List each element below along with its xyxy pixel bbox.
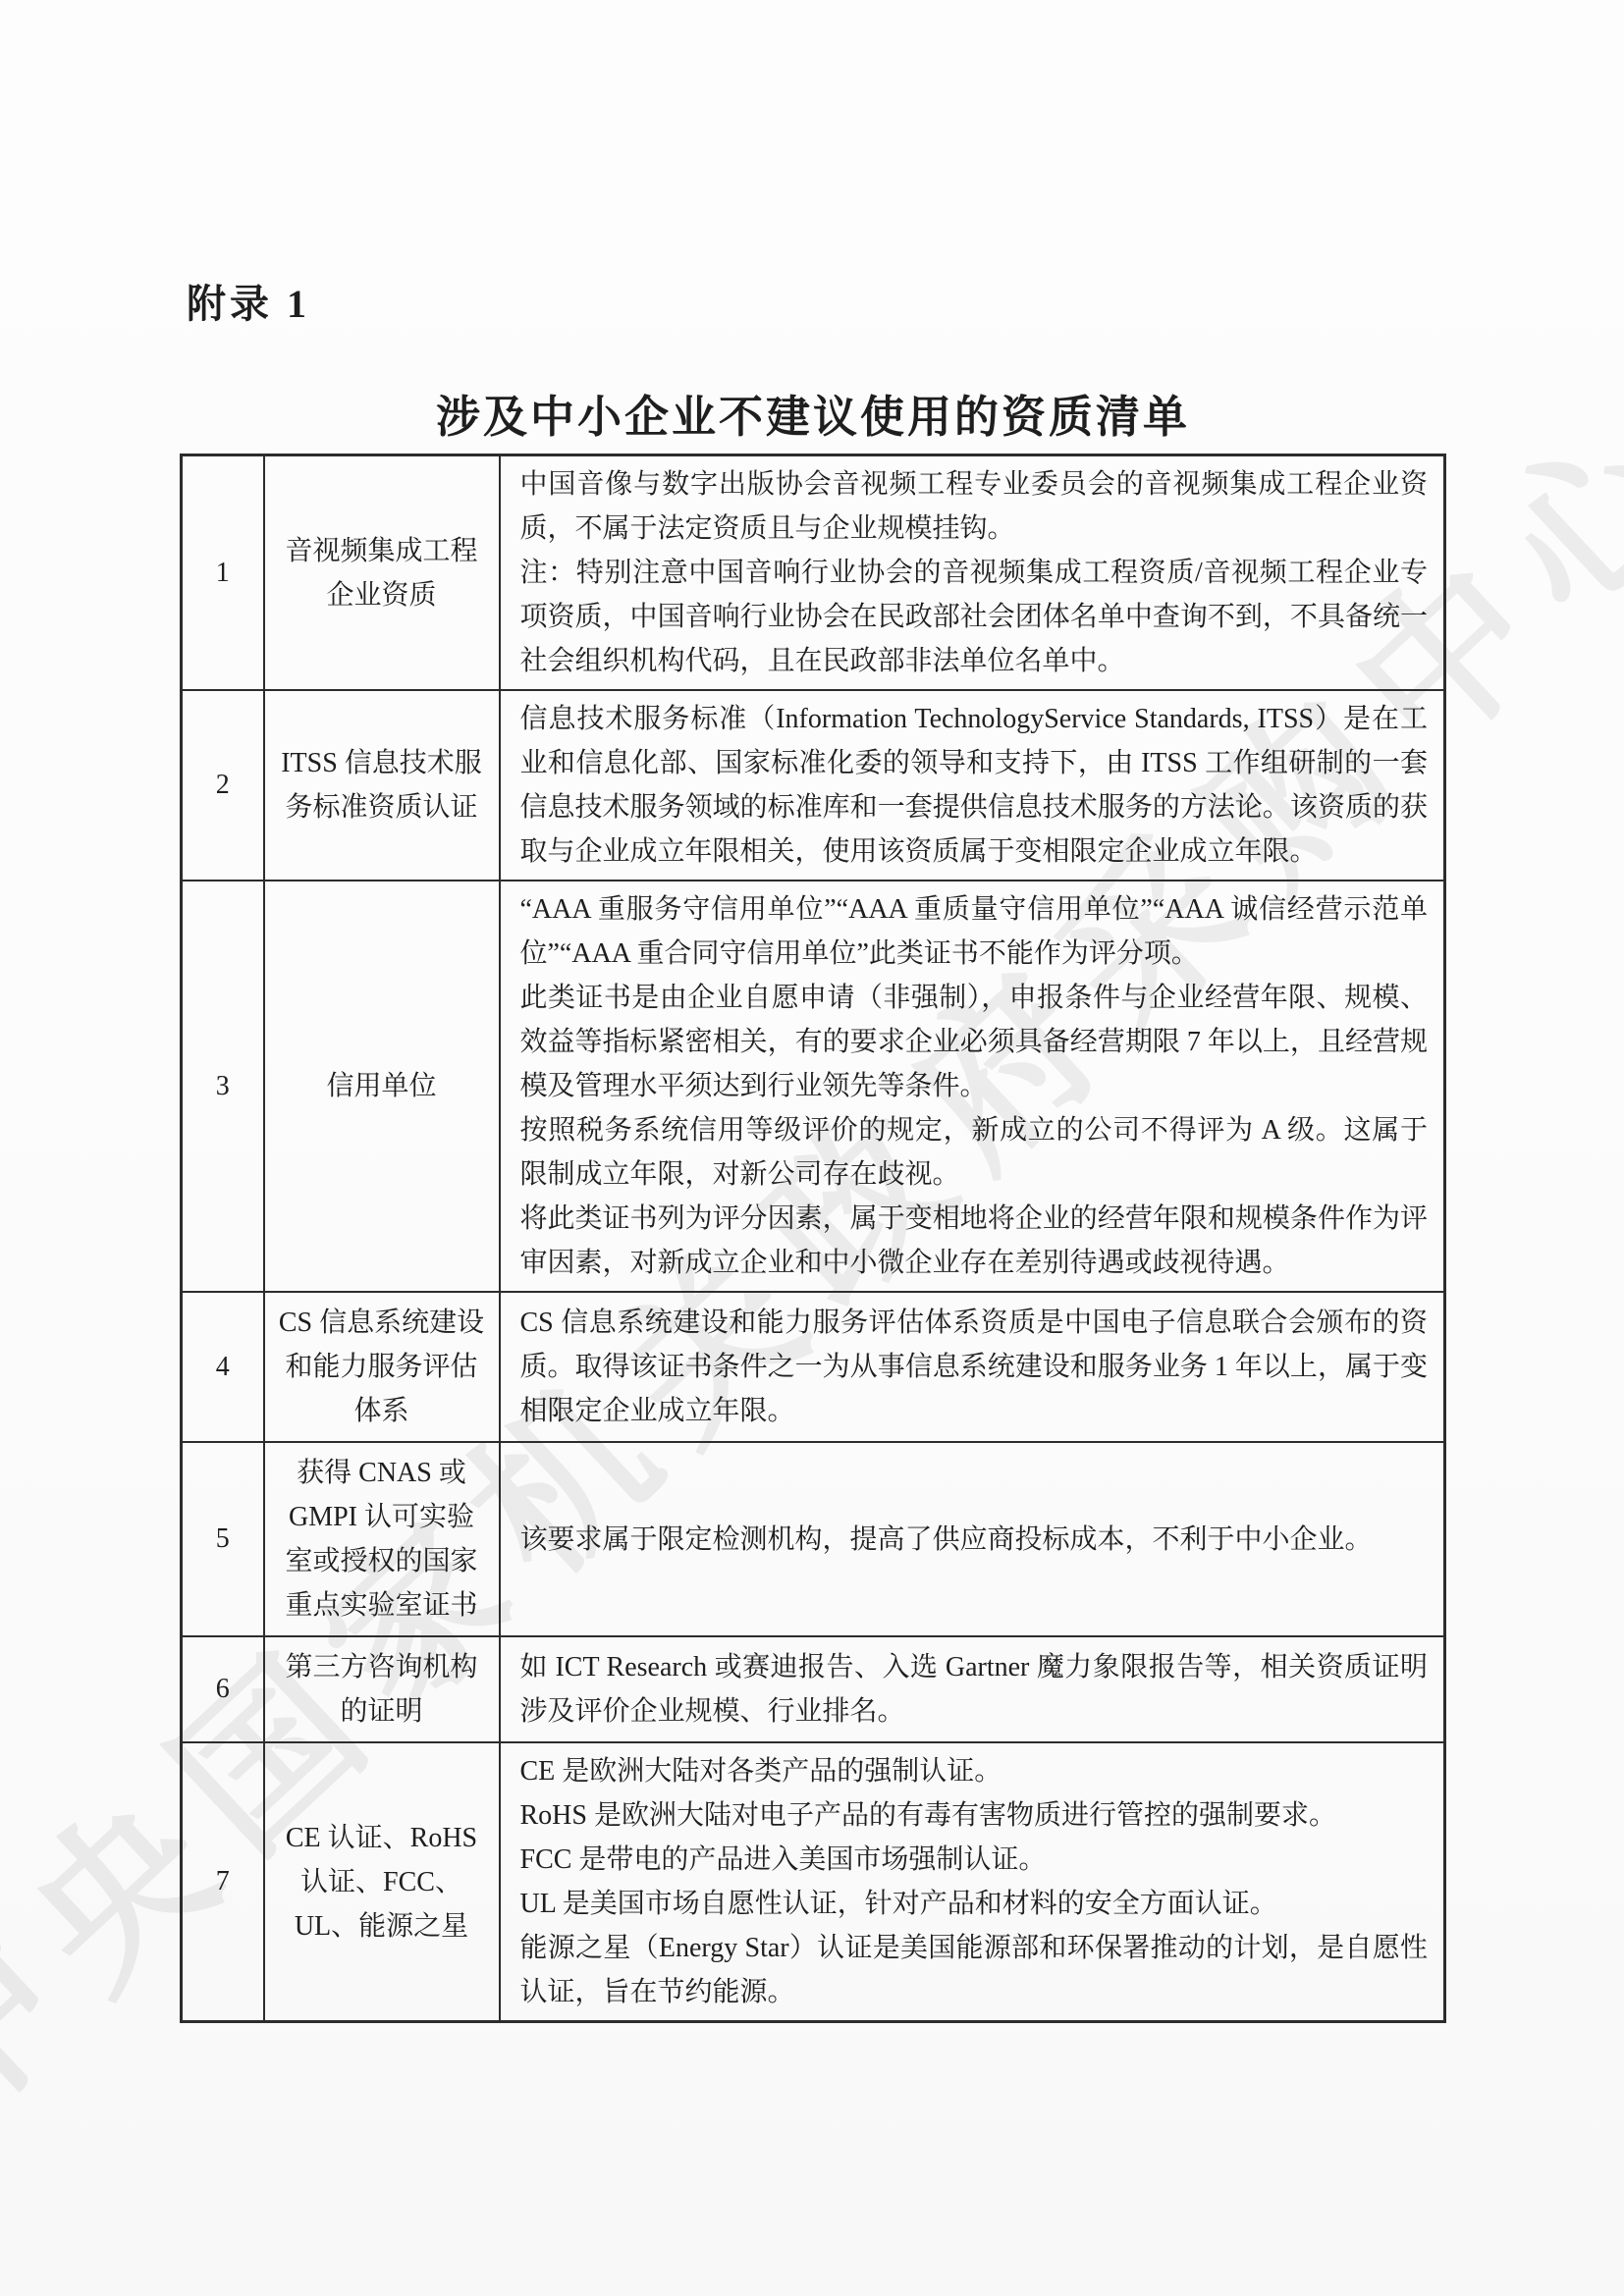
description-paragraph: 此类证书是由企业自愿申请（非强制），申报条件与企业经营年限、规模、效益等指标紧密…	[520, 976, 1429, 1108]
row-number: 4	[182, 1292, 264, 1442]
qualification-name: 获得 CNAS 或 GMPI 认可实验室或授权的国家重点实验室证书	[264, 1442, 500, 1636]
table-row: 4 CS 信息系统建设和能力服务评估体系 CS 信息系统建设和能力服务评估体系资…	[182, 1292, 1445, 1442]
row-number: 1	[182, 455, 264, 691]
row-number: 5	[182, 1442, 264, 1636]
qualification-name: CE 认证、RoHS 认证、FCC、UL、能源之星	[264, 1742, 500, 2022]
row-number: 6	[182, 1636, 264, 1742]
qualification-name: 信用单位	[264, 881, 500, 1292]
row-number: 3	[182, 881, 264, 1292]
description-paragraph: RoHS 是欧洲大陆对电子产品的有毒有害物质进行管控的强制要求。	[520, 1793, 1429, 1838]
qualification-description: 中国音像与数字出版协会音视频工程专业委员会的音视频集成工程企业资质，不属于法定资…	[500, 455, 1445, 691]
qualification-name: 音视频集成工程企业资质	[264, 455, 500, 691]
description-paragraph: CE 是欧洲大陆对各类产品的强制认证。	[520, 1749, 1429, 1793]
qualification-description: 该要求属于限定检测机构，提高了供应商投标成本，不利于中小企业。	[500, 1442, 1445, 1636]
row-number: 7	[182, 1742, 264, 2022]
description-paragraph: 信息技术服务标准（Information TechnologyService S…	[520, 697, 1429, 874]
qualification-description: “AAA 重服务守信用单位”“AAA 重质量守信用单位”“AAA 诚信经营示范单…	[500, 881, 1445, 1292]
qualification-table-body: 1 音视频集成工程企业资质 中国音像与数字出版协会音视频工程专业委员会的音视频集…	[182, 455, 1445, 2022]
description-paragraph: 该要求属于限定检测机构，提高了供应商投标成本，不利于中小企业。	[520, 1518, 1429, 1562]
table-row: 6 第三方咨询机构的证明 如 ICT Research 或赛迪报告、入选 Gar…	[182, 1636, 1445, 1742]
qualification-name: CS 信息系统建设和能力服务评估体系	[264, 1292, 500, 1442]
table-row: 7 CE 认证、RoHS 认证、FCC、UL、能源之星 CE 是欧洲大陆对各类产…	[182, 1742, 1445, 2022]
description-paragraph: 能源之星（Energy Star）认证是美国能源部和环保署推动的计划，是自愿性认…	[520, 1926, 1429, 2014]
qualification-table: 1 音视频集成工程企业资质 中国音像与数字出版协会音视频工程专业委员会的音视频集…	[180, 454, 1446, 2023]
description-paragraph: FCC 是带电的产品进入美国市场强制认证。	[520, 1838, 1429, 1882]
qualification-name: ITSS 信息技术服务标准资质认证	[264, 690, 500, 881]
description-paragraph: 如 ICT Research 或赛迪报告、入选 Gartner 魔力象限报告等，…	[520, 1645, 1429, 1734]
description-paragraph: 注：特别注意中国音响行业协会的音视频集成工程资质/音视频工程企业专项资质，中国音…	[520, 551, 1429, 683]
description-paragraph: “AAA 重服务守信用单位”“AAA 重质量守信用单位”“AAA 诚信经营示范单…	[520, 887, 1429, 976]
description-paragraph: 按照税务系统信用等级评价的规定，新成立的公司不得评为 A 级。这属于限制成立年限…	[520, 1108, 1429, 1197]
document-page: 中央国家机关政府采购中心 附录 1 涉及中小企业不建议使用的资质清单 1 音视频…	[0, 0, 1624, 2296]
appendix-label: 附录 1	[187, 273, 310, 329]
qualification-description: 如 ICT Research 或赛迪报告、入选 Gartner 魔力象限报告等，…	[500, 1636, 1445, 1742]
table-row: 1 音视频集成工程企业资质 中国音像与数字出版协会音视频工程专业委员会的音视频集…	[182, 455, 1445, 691]
row-number: 2	[182, 690, 264, 881]
qualification-description: CE 是欧洲大陆对各类产品的强制认证。RoHS 是欧洲大陆对电子产品的有毒有害物…	[500, 1742, 1445, 2022]
qualification-description: 信息技术服务标准（Information TechnologyService S…	[500, 690, 1445, 881]
description-paragraph: CS 信息系统建设和能力服务评估体系资质是中国电子信息联合会颁布的资质。取得该证…	[520, 1301, 1429, 1433]
qualification-name: 第三方咨询机构的证明	[264, 1636, 500, 1742]
page-title: 涉及中小企业不建议使用的资质清单	[180, 381, 1446, 445]
table-row: 2 ITSS 信息技术服务标准资质认证 信息技术服务标准（Information…	[182, 690, 1445, 881]
description-paragraph: 将此类证书列为评分因素，属于变相地将企业的经营年限和规模条件作为评审因素，对新成…	[520, 1197, 1429, 1285]
table-row: 3 信用单位 “AAA 重服务守信用单位”“AAA 重质量守信用单位”“AAA …	[182, 881, 1445, 1292]
table-row: 5 获得 CNAS 或 GMPI 认可实验室或授权的国家重点实验室证书 该要求属…	[182, 1442, 1445, 1636]
description-paragraph: UL 是美国市场自愿性认证，针对产品和材料的安全方面认证。	[520, 1882, 1429, 1926]
description-paragraph: 中国音像与数字出版协会音视频工程专业委员会的音视频集成工程企业资质，不属于法定资…	[520, 462, 1429, 551]
qualification-description: CS 信息系统建设和能力服务评估体系资质是中国电子信息联合会颁布的资质。取得该证…	[500, 1292, 1445, 1442]
